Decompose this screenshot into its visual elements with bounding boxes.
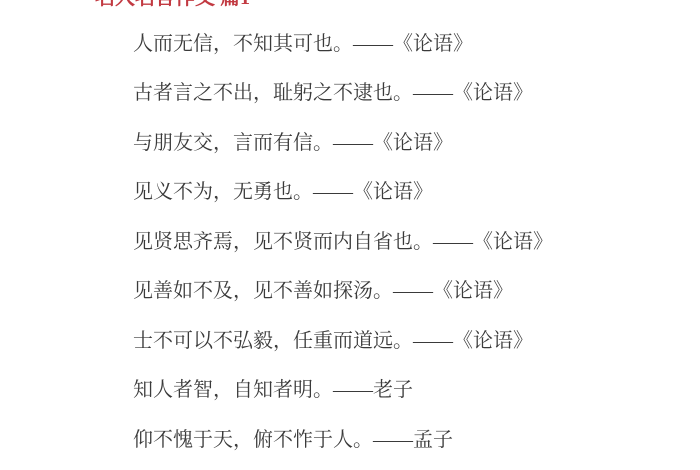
quote-source: ——《论语》 xyxy=(413,330,533,352)
quote-source: ——《论语》 xyxy=(413,82,533,104)
quote-line: 见善如不及，见不善如探汤。——《论语》 xyxy=(133,281,513,301)
quote-text: 与朋友交，言而有信。 xyxy=(133,132,333,154)
quote-text: 见义不为，无勇也。 xyxy=(133,181,313,203)
document-page: 名人名言作文 篇1 人而无信，不知其可也。——《论语》 古者言之不出，耻躬之不逮… xyxy=(0,0,700,470)
quote-line: 人而无信，不知其可也。——《论语》 xyxy=(133,34,473,54)
quote-source: ——老子 xyxy=(333,379,413,401)
quote-line: 知人者智，自知者明。——老子 xyxy=(133,380,413,400)
quote-text: 古者言之不出，耻躬之不逮也。 xyxy=(133,82,413,104)
quote-text: 人而无信，不知其可也。 xyxy=(133,33,353,55)
quote-source: ——《论语》 xyxy=(333,132,453,154)
quote-text: 仰不愧于天，俯不怍于人。 xyxy=(133,429,373,451)
quote-line: 与朋友交，言而有信。——《论语》 xyxy=(133,133,453,153)
quote-line: 古者言之不出，耻躬之不逮也。——《论语》 xyxy=(133,83,533,103)
quote-source: ——《论语》 xyxy=(393,280,513,302)
quote-source: ——《论语》 xyxy=(353,33,473,55)
quote-line: 士不可以不弘毅，任重而道远。——《论语》 xyxy=(133,331,533,351)
quote-text: 士不可以不弘毅，任重而道远。 xyxy=(133,330,413,352)
quote-source: ——《论语》 xyxy=(433,231,553,253)
quote-text: 见贤思齐焉，见不贤而内自省也。 xyxy=(133,231,433,253)
quote-source: ——《论语》 xyxy=(313,181,433,203)
quote-text: 见善如不及，见不善如探汤。 xyxy=(133,280,393,302)
document-title: 名人名言作文 篇1 xyxy=(95,0,250,9)
quote-line: 见义不为，无勇也。——《论语》 xyxy=(133,182,433,202)
quote-line: 见贤思齐焉，见不贤而内自省也。——《论语》 xyxy=(133,232,553,252)
quote-line: 仰不愧于天，俯不怍于人。——孟子 xyxy=(133,430,453,450)
quote-text: 知人者智，自知者明。 xyxy=(133,379,333,401)
quote-source: ——孟子 xyxy=(373,429,453,451)
